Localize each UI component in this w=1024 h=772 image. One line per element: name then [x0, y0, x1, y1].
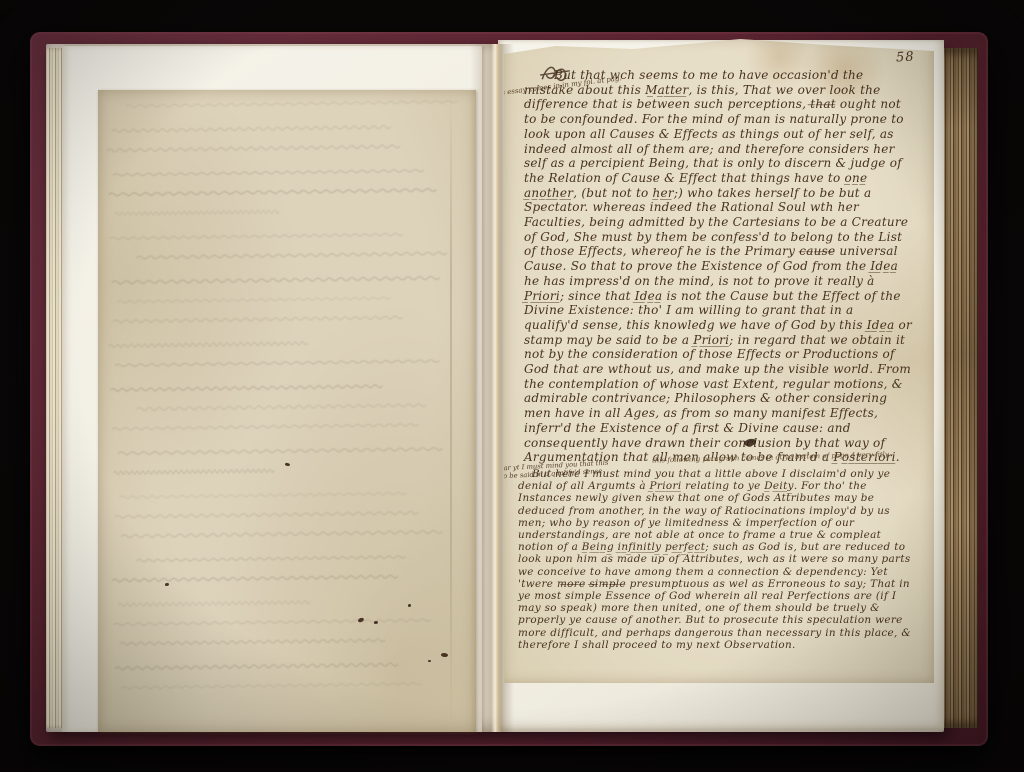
ink-bleedthrough [94, 87, 481, 734]
manuscript-photo: 58 this essay comes in in my fol. at pag… [0, 0, 1024, 772]
page-number: 58 [896, 50, 915, 66]
paragraph-2: But here I must mind you that a little a… [518, 468, 912, 651]
left-manuscript-page [98, 90, 476, 732]
fore-edge [940, 48, 978, 728]
paragraph-1: But that wch seems to me to have occasio… [524, 68, 912, 465]
page-fold-line [450, 90, 452, 732]
right-manuscript-page: 58 this essay comes in in my fol. at pag… [504, 38, 934, 683]
